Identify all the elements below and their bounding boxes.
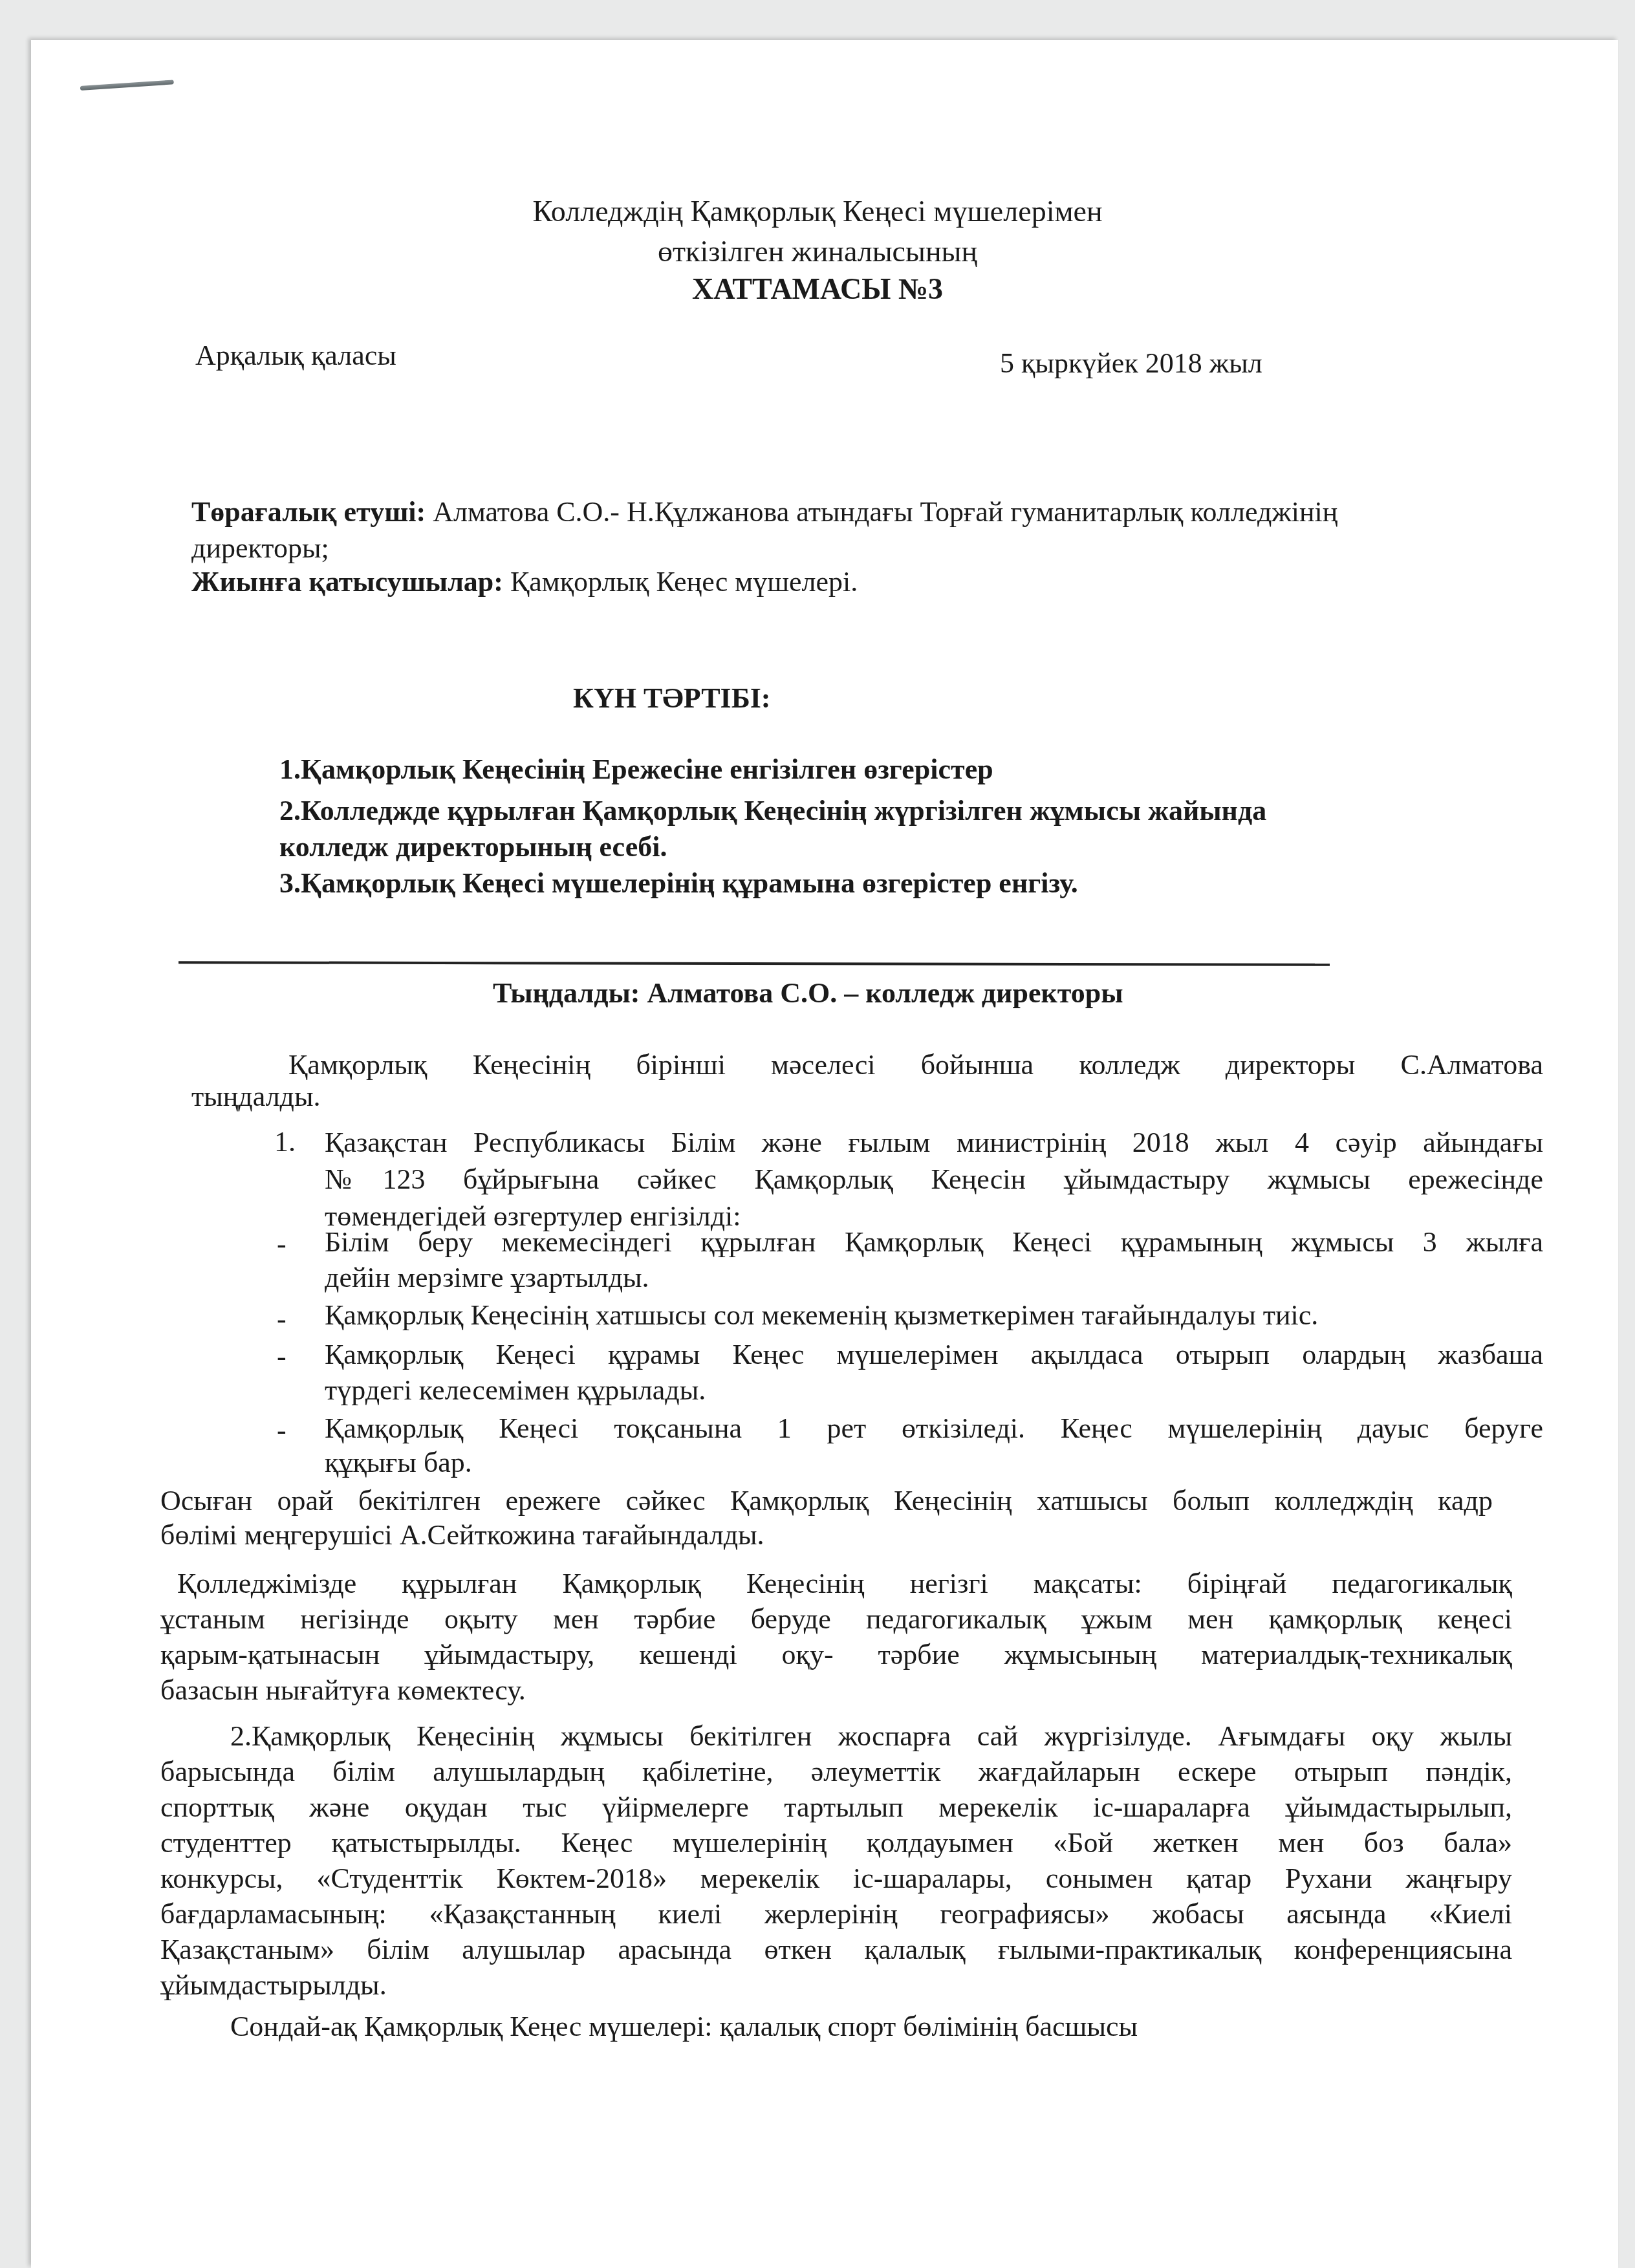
bullet-marker: - bbox=[277, 1340, 287, 1373]
numbered-item-1: Қазақстан Республикасы Білім және ғылым … bbox=[325, 1127, 1543, 1232]
bullet-marker: - bbox=[277, 1414, 287, 1447]
city: Арқалық қаласы bbox=[195, 341, 396, 370]
document-title: ХАТТАМАСЫ №3 bbox=[0, 272, 1635, 306]
bullet-marker: - bbox=[277, 1227, 287, 1260]
participants-line: Жиынға қатысушылар: Қамқорлық Кеңес мүше… bbox=[191, 568, 858, 596]
agenda-item-1: 1.Қамқорлық Кеңесінің Ережесіне енгізілг… bbox=[279, 755, 993, 784]
intro-paragraph: Қамқорлық Кеңесінің бірінші мәселесі бой… bbox=[191, 1049, 1543, 1112]
secretary-paragraph: Осыған орай бекітілген ережеге сәйкес Қа… bbox=[160, 1485, 1493, 1551]
bullet-item-2: Қамқорлық Кеңесінің хатшысы сол мекемені… bbox=[325, 1301, 1318, 1330]
last-paragraph: Сондай-ақ Қамқорлық Кеңес мүшелері: қала… bbox=[230, 2013, 1138, 2041]
numbered-marker-1: 1. bbox=[274, 1128, 296, 1156]
chair-value: Алматова С.О.- Н.Құлжанова атындағы Торғ… bbox=[433, 496, 1337, 528]
chair-line-2: директоры; bbox=[191, 534, 329, 563]
bullet-item-3: Қамқорлық Кеңесі құрамы Кеңес мүшелеріме… bbox=[325, 1339, 1543, 1406]
header-line-1: Колледждің Қамқорлық Кеңесі мүшелерімен bbox=[0, 194, 1635, 228]
agenda-item-2: 2.Колледжде құрылған Қамқорлық Кеңесінің… bbox=[279, 797, 1266, 825]
date: 5 қыркүйек 2018 жыл bbox=[1000, 349, 1262, 378]
bullet-item-1: Білім беру мекемесіндегі құрылған Қамқор… bbox=[325, 1226, 1543, 1293]
goal-paragraph: Қолледжімізде құрылған Қамқорлық Кеңесін… bbox=[160, 1568, 1512, 1706]
agenda-item-2-cont: колледж директорының есебі. bbox=[279, 833, 667, 861]
bullet-item-4: Қамқорлық Кеңесі тоқсанына 1 рет өткізіл… bbox=[325, 1412, 1543, 1478]
agenda-item-3: 3.Қамқорлық Кеңесі мүшелерінің құрамына … bbox=[279, 869, 1078, 898]
second-item-paragraph: 2.Қамқорлық Кеңесінің жұмысы бекітілген … bbox=[160, 1720, 1512, 2001]
heard-heading: Тыңдалды: Алматова С.О. – колледж директ… bbox=[493, 979, 1123, 1008]
chair-label: Төрағалық етуші: bbox=[191, 496, 426, 528]
agenda-title: КҮН ТӘРТІБІ: bbox=[573, 684, 771, 713]
bullet-marker: - bbox=[277, 1302, 287, 1335]
header-line-2: өткізілген жиналысының bbox=[0, 234, 1635, 268]
participants-label: Жиынға қатысушылар: bbox=[191, 566, 503, 598]
chair-line-1: Төрағалық етуші: Алматова С.О.- Н.Құлжан… bbox=[191, 498, 1543, 526]
participants-value: Қамқорлық Кеңес мүшелері. bbox=[510, 566, 858, 598]
